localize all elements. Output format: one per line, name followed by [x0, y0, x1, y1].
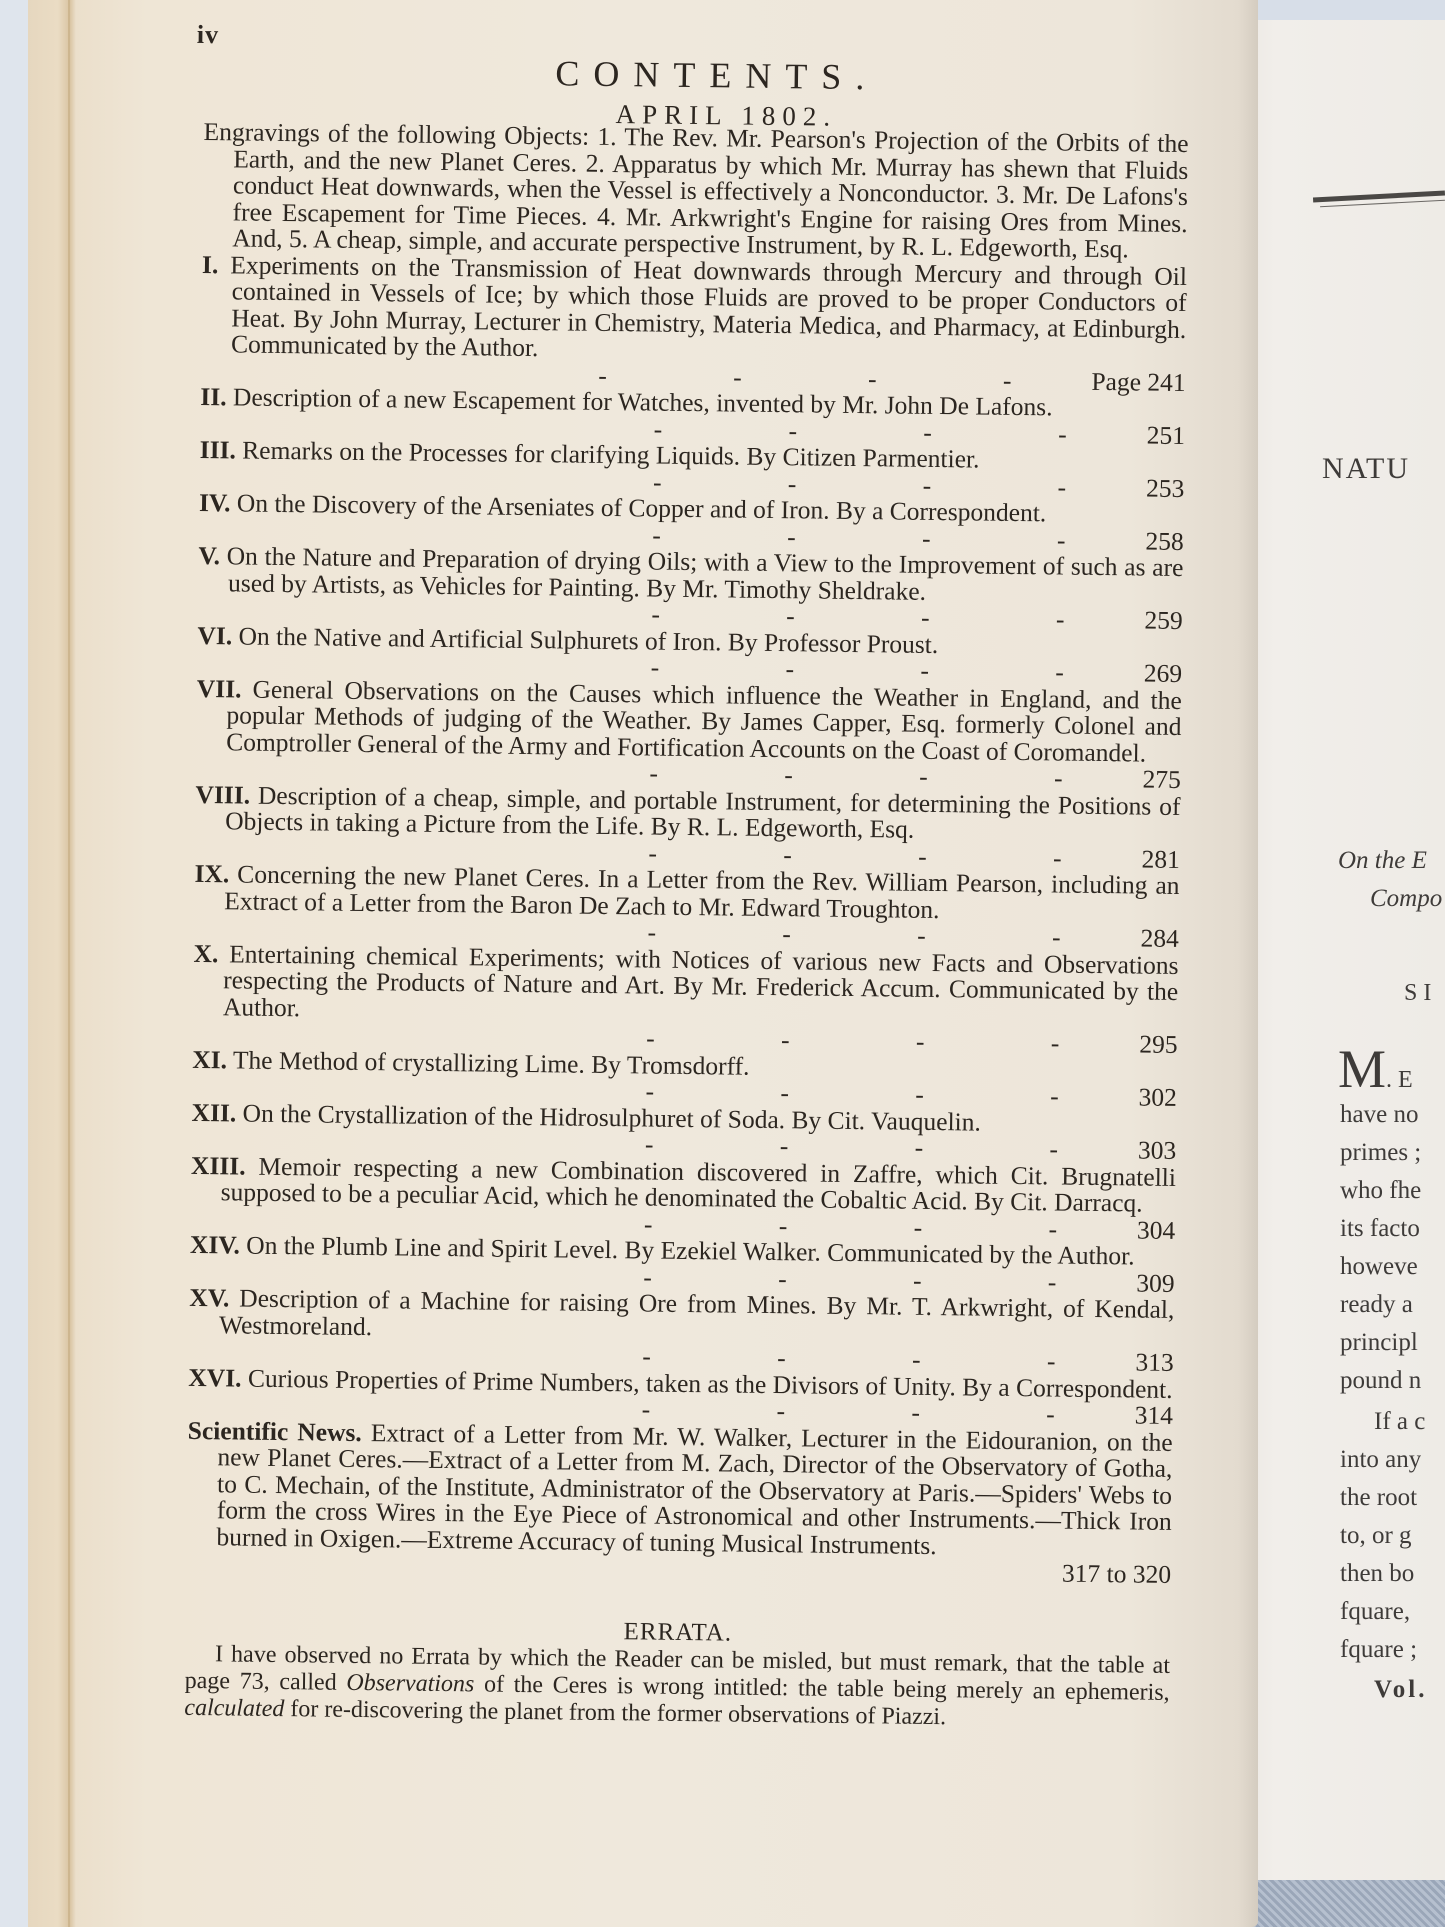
facing-subhead-2: Compo: [1370, 885, 1442, 913]
entry-numeral: XIII.: [191, 1150, 246, 1180]
facing-line: fquare,: [1340, 1598, 1410, 1626]
page-title: CONTENTS.: [244, 48, 1189, 102]
contents-entry: IX. Concerning the new Planet Ceres. In …: [194, 861, 1180, 953]
facing-line: primes ;: [1340, 1139, 1421, 1167]
facing-line: to, or g: [1340, 1522, 1412, 1550]
entry-title: Concerning the new Planet Ceres. In a Le…: [224, 859, 1180, 923]
entry-numeral: IX.: [194, 859, 229, 888]
contents-entry: V. On the Nature and Preparation of dryi…: [198, 543, 1184, 635]
entry-numeral: XVI.: [188, 1362, 241, 1392]
entry-numeral: X.: [193, 938, 218, 967]
facing-line: fquare ;: [1340, 1636, 1417, 1664]
entry-numeral: VI.: [197, 620, 232, 649]
entry-numeral: XV.: [189, 1283, 229, 1312]
entry-title: Description of a cheap, simple, and port…: [225, 780, 1181, 844]
page-folio: iv: [197, 20, 220, 50]
facing-line: If a c: [1374, 1408, 1425, 1436]
facing-subhead-1: On the E: [1338, 847, 1427, 875]
facing-line: its facto: [1340, 1215, 1420, 1243]
contents-entry: I. Experiments on the Transmission of He…: [201, 251, 1188, 396]
facing-line: into any: [1340, 1446, 1421, 1474]
book-cover-edge: [0, 0, 30, 1927]
entry-numeral: IV.: [199, 488, 231, 517]
entry-title: Entertaining chemical Experiments; with …: [223, 939, 1179, 1022]
contents-entry: VIII. Description of a cheap, simple, an…: [195, 781, 1181, 873]
contents-entries: I. Experiments on the Transmission of He…: [188, 251, 1187, 1429]
entry-numeral: XIV.: [190, 1230, 240, 1260]
entry-title: Memoir respecting a new Combination disc…: [221, 1151, 1177, 1217]
facing-line: who fhe: [1340, 1177, 1421, 1205]
entry-numeral: VIII.: [195, 779, 250, 809]
entry-numeral: I.: [202, 249, 219, 278]
facing-line: have no: [1340, 1101, 1418, 1129]
facing-line: howeve: [1340, 1253, 1418, 1281]
facing-line: pound n: [1340, 1367, 1421, 1395]
facing-line: the root: [1340, 1484, 1417, 1512]
scientific-news-entry: Scientific News. Extract of a Letter fro…: [186, 1417, 1173, 1588]
entry-numeral: V.: [198, 541, 220, 570]
facing-line: ready a: [1340, 1291, 1413, 1319]
facing-line: then bo: [1340, 1560, 1414, 1588]
contents-text-block: iv CONTENTS. APRIL 1802. Engravings of t…: [184, 20, 1190, 1733]
entry-numeral: VII.: [197, 673, 242, 703]
facing-dropcap: M. E: [1338, 1042, 1413, 1107]
entry-numeral: XII.: [191, 1097, 236, 1127]
contents-entry: X. Entertaining chemical Experiments; wi…: [192, 940, 1178, 1058]
entry-numeral: XI.: [192, 1044, 227, 1073]
entry-numeral: III.: [200, 435, 237, 464]
facing-line: Vol.: [1374, 1676, 1427, 1704]
facing-line: principl: [1340, 1329, 1418, 1357]
engravings-note: Engravings of the following Objects: 1. …: [202, 119, 1189, 264]
facing-heading: NATU: [1322, 452, 1410, 486]
entry-title: General Observations on the Causes which…: [226, 674, 1182, 767]
errata-text: I have observed no Errata by which the R…: [184, 1640, 1170, 1733]
contents-entry: VII. General Observations on the Causes …: [196, 675, 1182, 793]
entry-title: Experiments on the Transmission of Heat …: [230, 250, 1187, 362]
facing-salutation: SI: [1404, 980, 1437, 1007]
contents-entry: XIII. Memoir respecting a new Combinatio…: [190, 1152, 1176, 1244]
entry-title: On the Nature and Preparation of drying …: [227, 541, 1184, 605]
contents-entry: XV. Description of a Machine for raising…: [189, 1285, 1175, 1377]
entry-numeral: II.: [200, 382, 227, 411]
